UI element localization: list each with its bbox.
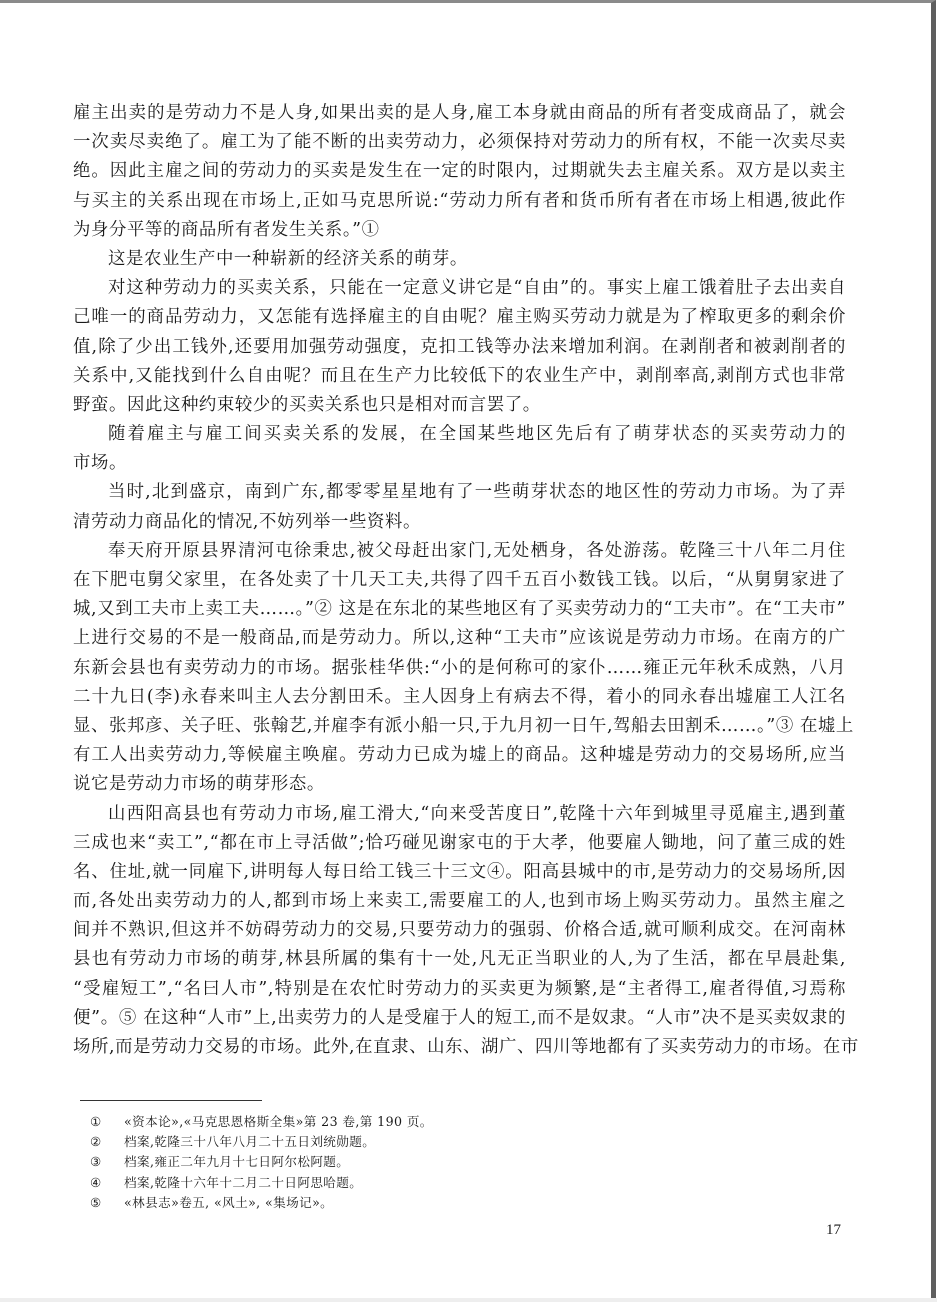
footnote: ③ 档案,雍正二年九月十七日阿尔松阿题。 bbox=[90, 1152, 433, 1172]
footnote-divider bbox=[80, 1100, 262, 1101]
text-line: 县也有劳动力市场的萌芽,林县所属的集有十一处,凡无正当职业的人,为了生活，都在早… bbox=[73, 945, 846, 974]
page-number: 17 bbox=[826, 1222, 841, 1239]
text-line: 绝。因此主雇之间的劳动力的买卖是发生在一定的时限内，过期就失去主雇关系。双方是以… bbox=[73, 157, 846, 186]
footnote: ⑤ «林县志»卷五, «风土», «集场记»。 bbox=[90, 1193, 433, 1213]
text-line: 为身分平等的商品所有者发生关系。”① bbox=[73, 216, 846, 245]
paragraph: 奉天府开原县界清河屯徐秉忠,被父母赶出家门,无处栖身，各处游荡。乾隆三十八年二月… bbox=[73, 537, 846, 800]
text-line: “受雇短工”,“名曰人市”,特别是在农忙时劳动力的买卖更为频繁,是“主者得工,雇… bbox=[73, 975, 846, 1004]
text-line: 当时,北到盛京，南到广东,都零零星星地有了一些萌芽状态的地区性的劳动力市场。为了… bbox=[73, 478, 846, 507]
footnote-number: ② bbox=[90, 1132, 124, 1152]
text-line: 奉天府开原县界清河屯徐秉忠,被父母赶出家门,无处栖身，各处游荡。乾隆三十八年二月… bbox=[73, 537, 846, 566]
text-line: 与买主的关系出现在市场上,正如马克思所说:“劳动力所有者和货币所有者在市场上相遇… bbox=[73, 187, 846, 216]
text-line: 野蛮。因此这种约束较少的买卖关系也只是相对而言罢了。 bbox=[73, 391, 846, 420]
text-line: 对这种劳动力的买卖关系，只能在一定意义讲它是“自由”的。事实上雇工饿着肚子去出卖… bbox=[73, 274, 846, 303]
text-line: 而,各处出卖劳动力的人,都到市场上来卖工,需要雇工的人,也到市场上购买劳动力。虽… bbox=[73, 887, 846, 916]
text-line: 山西阳高县也有劳动力市场,雇工滑大,“向来受苦度日”,乾隆十六年到城里寻觅雇主,… bbox=[73, 800, 846, 829]
text-line: 这是农业生产中一种崭新的经济关系的萌芽。 bbox=[73, 245, 846, 274]
page-bottom-edge bbox=[0, 1298, 937, 1302]
text-line: 二十九日(李)永春来叫主人去分割田禾。主人因身上有病去不得，着小的同永春出墟雇工… bbox=[73, 683, 846, 712]
text-line: 在下肥屯舅父家里，在各处卖了十几天工夫,共得了四千五百小数钱工钱。以后，“从舅舅… bbox=[73, 566, 846, 595]
footnote-number: ① bbox=[90, 1112, 124, 1132]
text-line: 显、张邦彦、关子旺、张翰艺,并雇李有派小船一只,于九月初一日午,驾船去田割禾……… bbox=[73, 712, 846, 741]
text-line: 上进行交易的不是一般商品,而是劳动力。所以,这种“工夫市”应该说是劳动力市场。在… bbox=[73, 624, 846, 653]
footnote-number: ③ bbox=[90, 1152, 124, 1172]
footnote-number: ④ bbox=[90, 1173, 124, 1193]
paragraph: 对这种劳动力的买卖关系，只能在一定意义讲它是“自由”的。事实上雇工饿着肚子去出卖… bbox=[73, 274, 846, 420]
text-line: 值,除了少出工钱外,还要用加强劳动强度，克扣工钱等办法来增加利润。在剥削者和被剥… bbox=[73, 333, 846, 362]
footnote-text: 档案,乾隆三十八年八月二十五日刘统勋题。 bbox=[124, 1132, 375, 1152]
text-line: 随着雇主与雇工间买卖关系的发展，在全国某些地区先后有了萌芽状态的买卖劳动力的 bbox=[73, 420, 846, 449]
text-line: 说它是劳动力市场的萌芽形态。 bbox=[73, 770, 846, 799]
footnote-text: 档案,乾隆十六年十二月二十日阿思哈题。 bbox=[124, 1173, 362, 1193]
text-line: 东新会县也有卖劳动力的市场。据张桂华供:“小的是何称可的家仆……雍正元年秋禾成熟… bbox=[73, 654, 846, 683]
footnote: ② 档案,乾隆三十八年八月二十五日刘统勋题。 bbox=[90, 1132, 433, 1152]
text-line: 清劳动力商品化的情况,不妨列举一些资料。 bbox=[73, 508, 846, 537]
text-line: 一次卖尽卖绝了。雇工为了能不断的出卖劳动力，必须保持对劳动力的所有权，不能一次卖… bbox=[73, 128, 846, 157]
text-line: 城,又到工夫市上卖工夫……。”② 这是在东北的某些地区有了买卖劳动力的“工夫市”… bbox=[73, 595, 846, 624]
footnote-text: «林县志»卷五, «风土», «集场记»。 bbox=[124, 1193, 333, 1213]
text-line: 己唯一的商品劳动力，又怎能有选择雇主的自由呢？雇主购买劳动力就是为了榨取更多的剩… bbox=[73, 303, 846, 332]
footnote: ④ 档案,乾隆十六年十二月二十日阿思哈题。 bbox=[90, 1173, 433, 1193]
footnote-text: 档案,雍正二年九月十七日阿尔松阿题。 bbox=[124, 1152, 349, 1172]
text-line: 场所,而是劳动力交易的市场。此外,在直隶、山东、湖广、四川等地都有了买卖劳动力的… bbox=[73, 1033, 846, 1062]
text-line: 关系中,又能找到什么自由呢？而且在生产力比较低下的农业生产中，剥削率高,剥削方式… bbox=[73, 362, 846, 391]
paragraph: 随着雇主与雇工间买卖关系的发展，在全国某些地区先后有了萌芽状态的买卖劳动力的 市… bbox=[73, 420, 846, 478]
text-line: 名、住址,就一同雇下,讲明每人每日给工钱三十三文④。阳高县城中的市,是劳动力的交… bbox=[73, 858, 846, 887]
text-line: 雇主出卖的是劳动力不是人身,如果出卖的是人身,雇工本身就由商品的所有者变成商品了… bbox=[73, 99, 846, 128]
paragraph: 这是农业生产中一种崭新的经济关系的萌芽。 bbox=[73, 245, 846, 274]
text-line: 有工人出卖劳动力,等候雇主唤雇。劳动力已成为墟上的商品。这种墟是劳动力的交易场所… bbox=[73, 741, 846, 770]
footnote-text: «资本论»,«马克思恩格斯全集»第 23 卷,第 190 页。 bbox=[124, 1112, 433, 1132]
paragraph: 雇主出卖的是劳动力不是人身,如果出卖的是人身,雇工本身就由商品的所有者变成商品了… bbox=[73, 99, 846, 245]
text-line: 三成也来“卖工”,“都在市上寻活做”;恰巧碰见谢家屯的于大孝，他要雇人锄地，问了… bbox=[73, 829, 846, 858]
text-line: 市场。 bbox=[73, 449, 846, 478]
footnote: ① «资本论»,«马克思恩格斯全集»第 23 卷,第 190 页。 bbox=[90, 1112, 433, 1132]
text-line: 间并不熟识,但这并不妨碍劳动力的交易,只要劳动力的强弱、价格合适,就可顺利成交。… bbox=[73, 916, 846, 945]
paragraph: 当时,北到盛京，南到广东,都零零星星地有了一些萌芽状态的地区性的劳动力市场。为了… bbox=[73, 478, 846, 536]
footnote-number: ⑤ bbox=[90, 1193, 124, 1213]
paragraph: 山西阳高县也有劳动力市场,雇工滑大,“向来受苦度日”,乾隆十六年到城里寻觅雇主,… bbox=[73, 800, 846, 1063]
text-line: 便”。⑤ 在这种“人市”上,出卖劳力的人是受雇于人的短工,而不是奴隶。“人市”决… bbox=[73, 1004, 846, 1033]
footnotes: ① «资本论»,«马克思恩格斯全集»第 23 卷,第 190 页。 ② 档案,乾… bbox=[90, 1112, 433, 1213]
body-text: 雇主出卖的是劳动力不是人身,如果出卖的是人身,雇工本身就由商品的所有者变成商品了… bbox=[73, 99, 846, 1062]
